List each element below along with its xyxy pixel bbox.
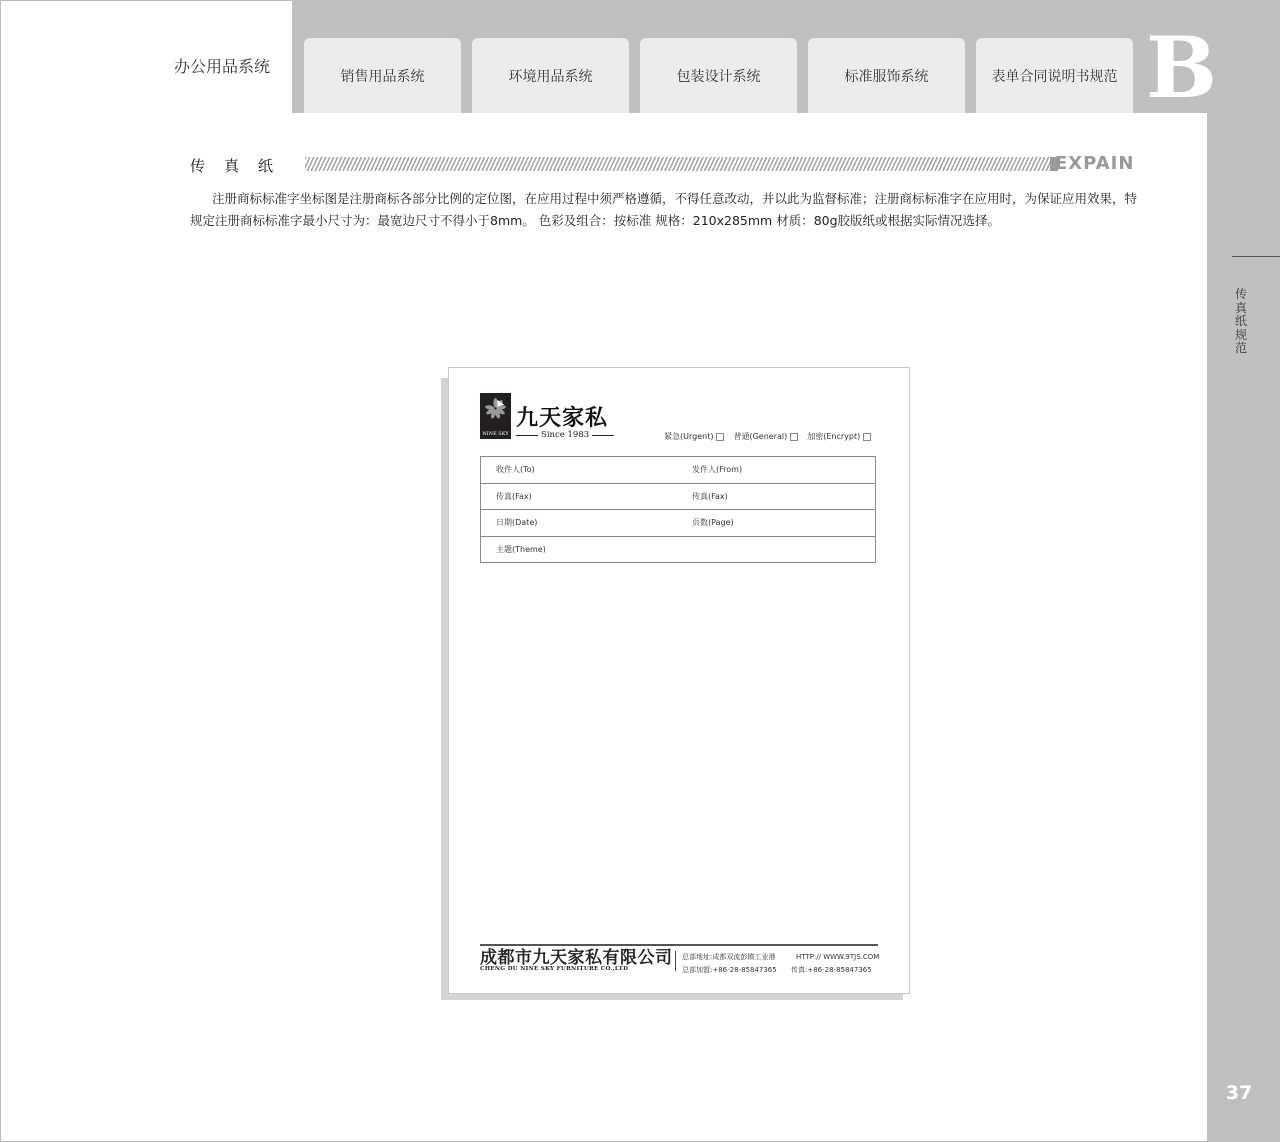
footer-divider: [675, 951, 676, 971]
chapter-letter: B: [1146, 22, 1217, 114]
tab-forms-contracts[interactable]: 表单合同说明书规范: [976, 38, 1133, 113]
section-tag: EXPAIN: [1055, 153, 1134, 175]
priority-encrypt[interactable]: 加密(Encrypt): [807, 431, 871, 442]
section-title: 传真纸: [190, 155, 292, 176]
field-from: 发件人(From): [677, 464, 873, 475]
field-date: 日期(Date): [481, 517, 677, 528]
footer-contact-info: 总部地址:成都双流彭镇工业港 HTTP:// WWW.9TJS.COM 总部加盟…: [682, 951, 879, 977]
sidebar-divider: [1232, 256, 1280, 257]
priority-encrypt-label: 加密(Encrypt): [807, 431, 860, 442]
brand-since: Since 1983: [516, 430, 614, 440]
tab-packaging-design[interactable]: 包装设计系统: [640, 38, 797, 113]
field-theme: 主题(Theme): [481, 544, 677, 555]
page-number: 37: [1207, 1082, 1271, 1104]
company-address: 总部地址:成都双流彭镇工业港: [682, 951, 796, 964]
tab-environment-supplies[interactable]: 环境用品系统: [472, 38, 629, 113]
company-name-en: CHENG DU NINE SKY FURNITURE CO.,LTD: [480, 966, 628, 972]
description-line-1: 注册商标标准字坐标图是注册商标各部分比例的定位图，在应用过程中须严格遵循，不得任…: [190, 188, 1140, 210]
field-to-fax: 传真(Fax): [481, 491, 677, 502]
priority-urgent-label: 紧急(Urgent): [664, 431, 713, 442]
table-row: 传真(Fax) 传真(Fax): [481, 484, 875, 511]
field-from-fax: 传真(Fax): [677, 491, 873, 502]
section-description: 注册商标标准字坐标图是注册商标各部分比例的定位图，在应用过程中须严格遵循，不得任…: [190, 188, 1140, 232]
logo-mark-text: NINE SKY: [480, 431, 511, 437]
right-sidebar-band: [1207, 0, 1280, 1142]
table-row: 收件人(To) 发件人(From): [481, 457, 875, 484]
company-name-cn: 成都市九天家私有限公司: [480, 948, 673, 968]
since-rule-left: [516, 435, 538, 436]
encrypt-checkbox[interactable]: [863, 433, 871, 441]
since-text: Since 1983: [541, 430, 589, 440]
priority-general[interactable]: 普通(General): [733, 431, 798, 442]
tab-standard-apparel[interactable]: 标准服饰系统: [808, 38, 965, 113]
current-section-title: 办公用品系统: [150, 54, 270, 77]
franchise-phone: 总部加盟:+86-28-85847365: [682, 964, 791, 977]
logo-mark: NINE SKY: [480, 393, 511, 439]
company-fax: 传真:+86-28-85847365: [791, 964, 872, 977]
fax-paper-mockup: NINE SKY 九天家私 Since 1983 紧急(Urgent) 普通(G…: [448, 367, 910, 994]
general-checkbox[interactable]: [790, 433, 798, 441]
urgent-checkbox[interactable]: [716, 433, 724, 441]
brand-name: 九天家私: [516, 401, 608, 432]
sidebar-page-label: 传真纸规范: [1233, 288, 1249, 356]
field-to: 收件人(To): [481, 464, 677, 475]
field-pages: 页数(Page): [677, 517, 873, 528]
description-line-2: 规定注册商标标准字最小尺寸为：最宽边尺寸不得小于8mm。 色彩及组合：按标准 规…: [190, 213, 1000, 228]
priority-general-label: 普通(General): [733, 431, 787, 442]
table-row: 主题(Theme): [481, 537, 875, 563]
hatch-divider: [305, 157, 1055, 171]
table-row: 日期(Date) 页数(Page): [481, 510, 875, 537]
since-rule-right: [592, 435, 614, 436]
priority-urgent[interactable]: 紧急(Urgent): [664, 431, 724, 442]
flower-logo-icon: [484, 397, 507, 420]
priority-options: 紧急(Urgent) 普通(General) 加密(Encrypt): [664, 431, 871, 442]
tab-sales-supplies[interactable]: 销售用品系统: [304, 38, 461, 113]
fax-header-table: 收件人(To) 发件人(From) 传真(Fax) 传真(Fax) 日期(Dat…: [480, 456, 876, 563]
company-website: HTTP:// WWW.9TJS.COM: [796, 951, 879, 964]
footer-rule: [480, 944, 878, 946]
